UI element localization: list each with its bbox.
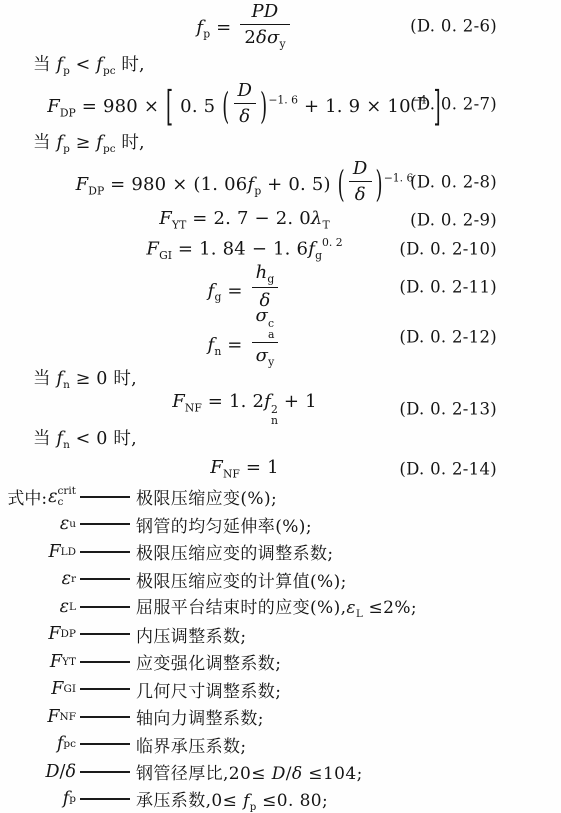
math-text: F bbox=[172, 391, 185, 412]
fraction: hgδ bbox=[252, 262, 279, 311]
subscript: YT bbox=[62, 656, 76, 668]
equation-math: FNF = 1. 2f2n + 1 bbox=[172, 391, 317, 425]
math-text: pc bbox=[103, 66, 116, 78]
math-text: = 1 bbox=[240, 457, 279, 478]
equation-number: (D. 0. 2-14) bbox=[399, 459, 497, 478]
math-text: GI bbox=[63, 683, 76, 695]
condition-math: 当 fn ≥ 0 时, bbox=[33, 365, 137, 391]
math-text: = bbox=[221, 335, 248, 356]
math-text: F bbox=[210, 457, 223, 478]
math-text: YT bbox=[172, 218, 186, 231]
bracket: ( bbox=[222, 86, 229, 128]
equation-row: fg = hgδ(D. 0. 2-11) bbox=[0, 263, 561, 310]
math-text: 极限压缩应变的计算值(%); bbox=[136, 572, 347, 592]
math-text: < bbox=[70, 55, 96, 75]
bracket: [ bbox=[166, 83, 173, 131]
subscript: n bbox=[63, 380, 70, 392]
math-text: 0. 5 bbox=[174, 96, 221, 117]
condition-math: 当 fp < fpc 时, bbox=[33, 51, 145, 77]
math-text: D bbox=[46, 762, 60, 782]
math-text: F bbox=[50, 652, 62, 672]
math-text: 当 bbox=[33, 429, 56, 449]
equation-number: (D. 0. 2-7) bbox=[410, 94, 497, 113]
math-text: + 0. 5) bbox=[261, 174, 336, 195]
fraction: σcaσy bbox=[252, 305, 279, 368]
definition-row: FDP内压调整系数; bbox=[0, 621, 561, 649]
subscript: p bbox=[63, 66, 70, 78]
math-text: σ bbox=[256, 305, 269, 326]
subscript: DP bbox=[88, 184, 104, 197]
math-text: F bbox=[47, 96, 60, 117]
em-dash bbox=[80, 523, 130, 525]
em-dash bbox=[80, 688, 130, 690]
math-text: f bbox=[264, 391, 271, 412]
math-text: pc bbox=[63, 738, 76, 750]
definition-symbol: fpc bbox=[0, 734, 76, 754]
math-text: YT bbox=[62, 656, 76, 668]
definition-symbol: 式中:εcritc bbox=[0, 484, 76, 509]
math-text: NF bbox=[185, 402, 202, 415]
definition-symbol: FGI bbox=[0, 679, 76, 699]
subscript: pc bbox=[103, 144, 116, 156]
superscript: −1. 6 bbox=[384, 171, 414, 184]
definition-description: 极限压缩应变(%); bbox=[136, 484, 277, 509]
subscript: g bbox=[267, 272, 274, 285]
equation-math: FDP = 980 × (1. 06fp + 0. 5) (Dδ)−1. 6 bbox=[76, 158, 414, 205]
math-text: NF bbox=[60, 711, 76, 723]
equation-row: fp = PD2δσy(D. 0. 2-6) bbox=[0, 2, 561, 49]
math-text: c bbox=[58, 496, 64, 508]
math-text: ε bbox=[62, 569, 71, 589]
equation-number: (D. 0. 2-6) bbox=[410, 16, 497, 35]
math-text: PD bbox=[251, 1, 278, 22]
superscript: 0. 2 bbox=[322, 236, 343, 249]
equation-math: FGI = 1. 84 − 1. 6fg0. 2 bbox=[146, 236, 342, 262]
em-dash bbox=[80, 661, 130, 663]
definition-row: εu钢管的均匀延伸率(%); bbox=[0, 511, 561, 539]
equation-math: fp = PD2δσy bbox=[196, 1, 292, 50]
math-text: = 1. 2 bbox=[202, 391, 264, 412]
subscript: T bbox=[323, 218, 330, 231]
equation-number: (D. 0. 2-8) bbox=[410, 172, 497, 191]
definition-symbol: FDP bbox=[0, 624, 76, 644]
em-dash bbox=[80, 716, 130, 718]
em-dash bbox=[80, 606, 130, 608]
math-text: ε bbox=[346, 598, 356, 618]
em-dash bbox=[80, 496, 130, 498]
math-text: 轴向力调整系数; bbox=[136, 709, 264, 729]
equation-row: FDP = 980 × (1. 06fp + 0. 5) (Dδ)−1. 6(D… bbox=[0, 158, 561, 205]
subscript: L bbox=[356, 609, 363, 620]
math-text: = 1. 84 − 1. 6 bbox=[172, 238, 308, 259]
equation-number: (D. 0. 2-10) bbox=[399, 239, 497, 258]
math-text: F bbox=[159, 208, 172, 229]
numerator: D bbox=[234, 80, 257, 104]
math-text: p bbox=[69, 793, 76, 805]
math-text: a bbox=[268, 328, 274, 341]
math-text: D bbox=[353, 158, 368, 179]
math-text: pc bbox=[103, 144, 116, 156]
subscript: g bbox=[315, 248, 322, 261]
equation-row: FDP = 980 × [ 0. 5 (Dδ)−1. 6 + 1. 9 × 10… bbox=[0, 80, 561, 127]
math-text: n bbox=[63, 440, 70, 452]
math-text: 0. 2 bbox=[322, 236, 343, 249]
math-text: g bbox=[267, 272, 274, 285]
denominator: δ bbox=[234, 104, 257, 127]
subscript: u bbox=[69, 518, 76, 530]
subscript: pc bbox=[63, 738, 76, 750]
subscript: GI bbox=[63, 683, 76, 695]
math-text: 当 bbox=[33, 133, 56, 153]
math-text: D bbox=[272, 764, 286, 784]
math-text: 几何尺寸调整系数; bbox=[136, 682, 281, 702]
equation-row: FYT = 2. 7 − 2. 0λT(D. 0. 2-9) bbox=[0, 205, 561, 234]
math-text: = bbox=[221, 280, 248, 301]
equation-row: fn = σcaσy(D. 0. 2-12) bbox=[0, 310, 561, 363]
stacked-supsub: ca bbox=[268, 318, 274, 340]
fraction: Dδ bbox=[234, 80, 257, 127]
equation-row: FNF = 1(D. 0. 2-14) bbox=[0, 454, 561, 483]
math-text: δ bbox=[65, 762, 76, 782]
subscript: p bbox=[69, 793, 76, 805]
denominator: δ bbox=[349, 182, 372, 205]
math-text: ≤0. 80; bbox=[256, 791, 328, 811]
math-text: n bbox=[63, 380, 70, 392]
definition-symbol: εL bbox=[0, 597, 76, 617]
superscript: −1. 6 bbox=[268, 93, 298, 106]
equation-number: (D. 0. 2-9) bbox=[410, 210, 497, 229]
definition-description: 承压系数,0≤ fp ≤0. 80; bbox=[136, 786, 328, 813]
math-text: 2 bbox=[244, 27, 256, 48]
subscript: p bbox=[63, 144, 70, 156]
math-text: 极限压缩应变(%); bbox=[136, 489, 277, 509]
definition-symbol: εu bbox=[0, 514, 76, 534]
subscript: YT bbox=[172, 218, 186, 231]
math-text: DP bbox=[60, 106, 76, 119]
math-text: F bbox=[76, 174, 89, 195]
em-dash bbox=[80, 743, 130, 745]
math-text: F bbox=[146, 238, 159, 259]
math-text: g bbox=[315, 248, 322, 261]
equation-math: fg = hgδ bbox=[208, 262, 282, 311]
math-text: = 980 × (1. 06 bbox=[104, 174, 247, 195]
definition-row: FGI几何尺寸调整系数; bbox=[0, 676, 561, 704]
equation-math: FYT = 2. 7 − 2. 0λT bbox=[159, 208, 329, 231]
condition-row: 当 fn < 0 时, bbox=[0, 423, 561, 454]
definition-description: 极限压缩应变的计算值(%); bbox=[136, 567, 347, 592]
definition-description: 几何尺寸调整系数; bbox=[136, 677, 281, 702]
math-text: f bbox=[96, 133, 103, 153]
definition-row: εL屈服平台结束时的应变(%),εL ≤2%; bbox=[0, 593, 561, 621]
em-dash bbox=[80, 551, 130, 553]
sub-part: a bbox=[268, 329, 274, 340]
math-text: −1. 6 bbox=[384, 171, 414, 184]
math-text: 钢管的均匀延伸率(%); bbox=[136, 517, 312, 537]
numerator: σca bbox=[252, 305, 279, 342]
math-text: 当 bbox=[33, 369, 56, 389]
math-text: F bbox=[48, 542, 60, 562]
condition-row: 当 fn ≥ 0 时, bbox=[0, 363, 561, 394]
definition-row: fpc临界承压系数; bbox=[0, 731, 561, 759]
math-text: λ bbox=[311, 208, 323, 229]
subscript: NF bbox=[60, 711, 76, 723]
numerator: D bbox=[349, 158, 372, 182]
document-page: fp = PD2δσy(D. 0. 2-6)当 fp < fpc 时,FDP =… bbox=[0, 0, 561, 813]
math-text: 应变强化调整系数; bbox=[136, 654, 281, 674]
math-text: f bbox=[208, 280, 215, 301]
definition-row: D/δ钢管径厚比,20≤ D/δ ≤104; bbox=[0, 758, 561, 786]
math-text: F bbox=[47, 707, 59, 727]
math-text: δ bbox=[355, 184, 366, 205]
definition-description: 临界承压系数; bbox=[136, 732, 247, 757]
math-text: ≤2%; bbox=[363, 598, 417, 618]
math-text: δ bbox=[292, 764, 303, 784]
math-text: = bbox=[210, 17, 237, 38]
math-text: L bbox=[356, 609, 363, 620]
math-text: D bbox=[238, 80, 253, 101]
math-text: ε bbox=[48, 487, 57, 507]
math-text: GI bbox=[159, 248, 172, 261]
definition-description: 轴向力调整系数; bbox=[136, 704, 264, 729]
math-text: p bbox=[63, 144, 70, 156]
math-text: 极限压缩应变的调整系数; bbox=[136, 544, 334, 564]
math-text: 屈服平台结束时的应变(%), bbox=[136, 598, 346, 618]
subscript: DP bbox=[60, 106, 76, 119]
equation-math: FNF = 1 bbox=[210, 457, 278, 480]
math-text: 当 bbox=[33, 55, 56, 75]
condition-math: 当 fn < 0 时, bbox=[33, 425, 137, 451]
math-text: δσ bbox=[256, 27, 280, 48]
math-text: NF bbox=[223, 467, 240, 480]
definition-description: 内压调整系数; bbox=[136, 622, 247, 647]
math-text: 临界承压系数; bbox=[136, 737, 247, 757]
definition-symbol: fp bbox=[0, 789, 76, 809]
subscript: n bbox=[63, 440, 70, 452]
em-dash bbox=[80, 633, 130, 635]
definition-description: 应变强化调整系数; bbox=[136, 649, 281, 674]
definition-symbol: FLD bbox=[0, 542, 76, 562]
math-text: < 0 时, bbox=[70, 429, 137, 449]
math-text: 时, bbox=[116, 133, 145, 153]
sub-part: c bbox=[58, 497, 64, 508]
math-text: 承压系数,0≤ bbox=[136, 791, 243, 811]
em-dash bbox=[80, 798, 130, 800]
numerator: hg bbox=[252, 262, 279, 288]
math-text: ≥ bbox=[70, 133, 96, 153]
math-text: h bbox=[256, 262, 268, 283]
definition-row: 式中:εcritc极限压缩应变(%); bbox=[0, 483, 561, 511]
subscript: L bbox=[69, 601, 76, 613]
math-text: DP bbox=[88, 184, 104, 197]
condition-row: 当 fp < fpc 时, bbox=[0, 49, 561, 80]
em-dash bbox=[80, 578, 130, 580]
subscript: r bbox=[71, 573, 76, 585]
subscript: NF bbox=[185, 402, 202, 415]
math-text: = 2. 7 − 2. 0 bbox=[186, 208, 311, 229]
math-text: + 1 bbox=[278, 391, 317, 412]
condition-row: 当 fp ≥ fpc 时, bbox=[0, 127, 561, 158]
equation-math: FDP = 980 × [ 0. 5 (Dδ)−1. 6 + 1. 9 × 10… bbox=[47, 80, 442, 127]
subscript: GI bbox=[159, 248, 172, 261]
math-text: δ bbox=[239, 106, 250, 127]
subscript: pc bbox=[103, 66, 116, 78]
definition-symbol: D/δ bbox=[0, 762, 76, 782]
math-text: DP bbox=[61, 628, 76, 640]
definition-row: fp承压系数,0≤ fp ≤0. 80; bbox=[0, 786, 561, 813]
definition-symbol: FYT bbox=[0, 652, 76, 672]
definition-symbol: FNF bbox=[0, 707, 76, 727]
math-text: F bbox=[51, 679, 63, 699]
subscript: DP bbox=[61, 628, 76, 640]
math-text: 内压调整系数; bbox=[136, 627, 247, 647]
math-text: T bbox=[323, 218, 330, 231]
math-text: = 980 × bbox=[76, 96, 165, 117]
math-text: ≤104; bbox=[303, 764, 363, 784]
equation-math: fn = σcaσy bbox=[208, 305, 282, 368]
definition-description: 屈服平台结束时的应变(%),εL ≤2%; bbox=[136, 593, 417, 620]
definition-description: 钢管的均匀延伸率(%); bbox=[136, 512, 312, 537]
bracket: ) bbox=[260, 86, 267, 128]
math-text: 钢管径厚比,20≤ bbox=[136, 764, 272, 784]
math-text: −1. 6 bbox=[268, 93, 298, 106]
equation-number: (D. 0. 2-11) bbox=[399, 277, 497, 296]
math-text: + 1. 9 × 10 bbox=[298, 96, 411, 117]
math-text: F bbox=[48, 624, 60, 644]
math-text: ε bbox=[60, 597, 69, 617]
equation-number: (D. 0. 2-12) bbox=[399, 327, 497, 346]
definition-description: 钢管径厚比,20≤ D/δ ≤104; bbox=[136, 759, 363, 784]
wherein-prefix: 式中: bbox=[7, 484, 47, 509]
math-text: f bbox=[96, 55, 103, 75]
math-text: u bbox=[69, 518, 76, 530]
equation-row: FGI = 1. 84 − 1. 6fg0. 2(D. 0. 2-10) bbox=[0, 234, 561, 263]
subscript: NF bbox=[223, 467, 240, 480]
definition-symbol: εr bbox=[0, 569, 76, 589]
bracket: ( bbox=[338, 164, 345, 206]
equation-number: (D. 0. 2-13) bbox=[399, 399, 497, 418]
bracket: ) bbox=[376, 164, 383, 206]
condition-math: 当 fp ≥ fpc 时, bbox=[33, 129, 145, 155]
definition-row: εr极限压缩应变的计算值(%); bbox=[0, 566, 561, 594]
stacked-supsub: critc bbox=[58, 486, 76, 507]
math-text: r bbox=[71, 573, 76, 585]
definition-row: FYT应变强化调整系数; bbox=[0, 648, 561, 676]
math-text: 时, bbox=[116, 55, 145, 75]
fraction: PD2δσy bbox=[240, 1, 289, 50]
numerator: PD bbox=[240, 1, 289, 25]
definition-description: 极限压缩应变的调整系数; bbox=[136, 539, 334, 564]
subscript: LD bbox=[61, 546, 76, 558]
definition-row: FLD极限压缩应变的调整系数; bbox=[0, 538, 561, 566]
denominator: 2δσy bbox=[240, 25, 289, 50]
equation-row: FNF = 1. 2f2n + 1(D. 0. 2-13) bbox=[0, 394, 561, 423]
fraction: Dδ bbox=[349, 158, 372, 205]
math-text: L bbox=[69, 601, 76, 613]
math-text: f bbox=[243, 791, 250, 811]
math-text: ≥ 0 时, bbox=[70, 369, 137, 389]
math-text: p bbox=[63, 66, 70, 78]
em-dash bbox=[80, 771, 130, 773]
math-text: ε bbox=[60, 514, 69, 534]
math-text: LD bbox=[61, 546, 76, 558]
definition-row: FNF轴向力调整系数; bbox=[0, 703, 561, 731]
